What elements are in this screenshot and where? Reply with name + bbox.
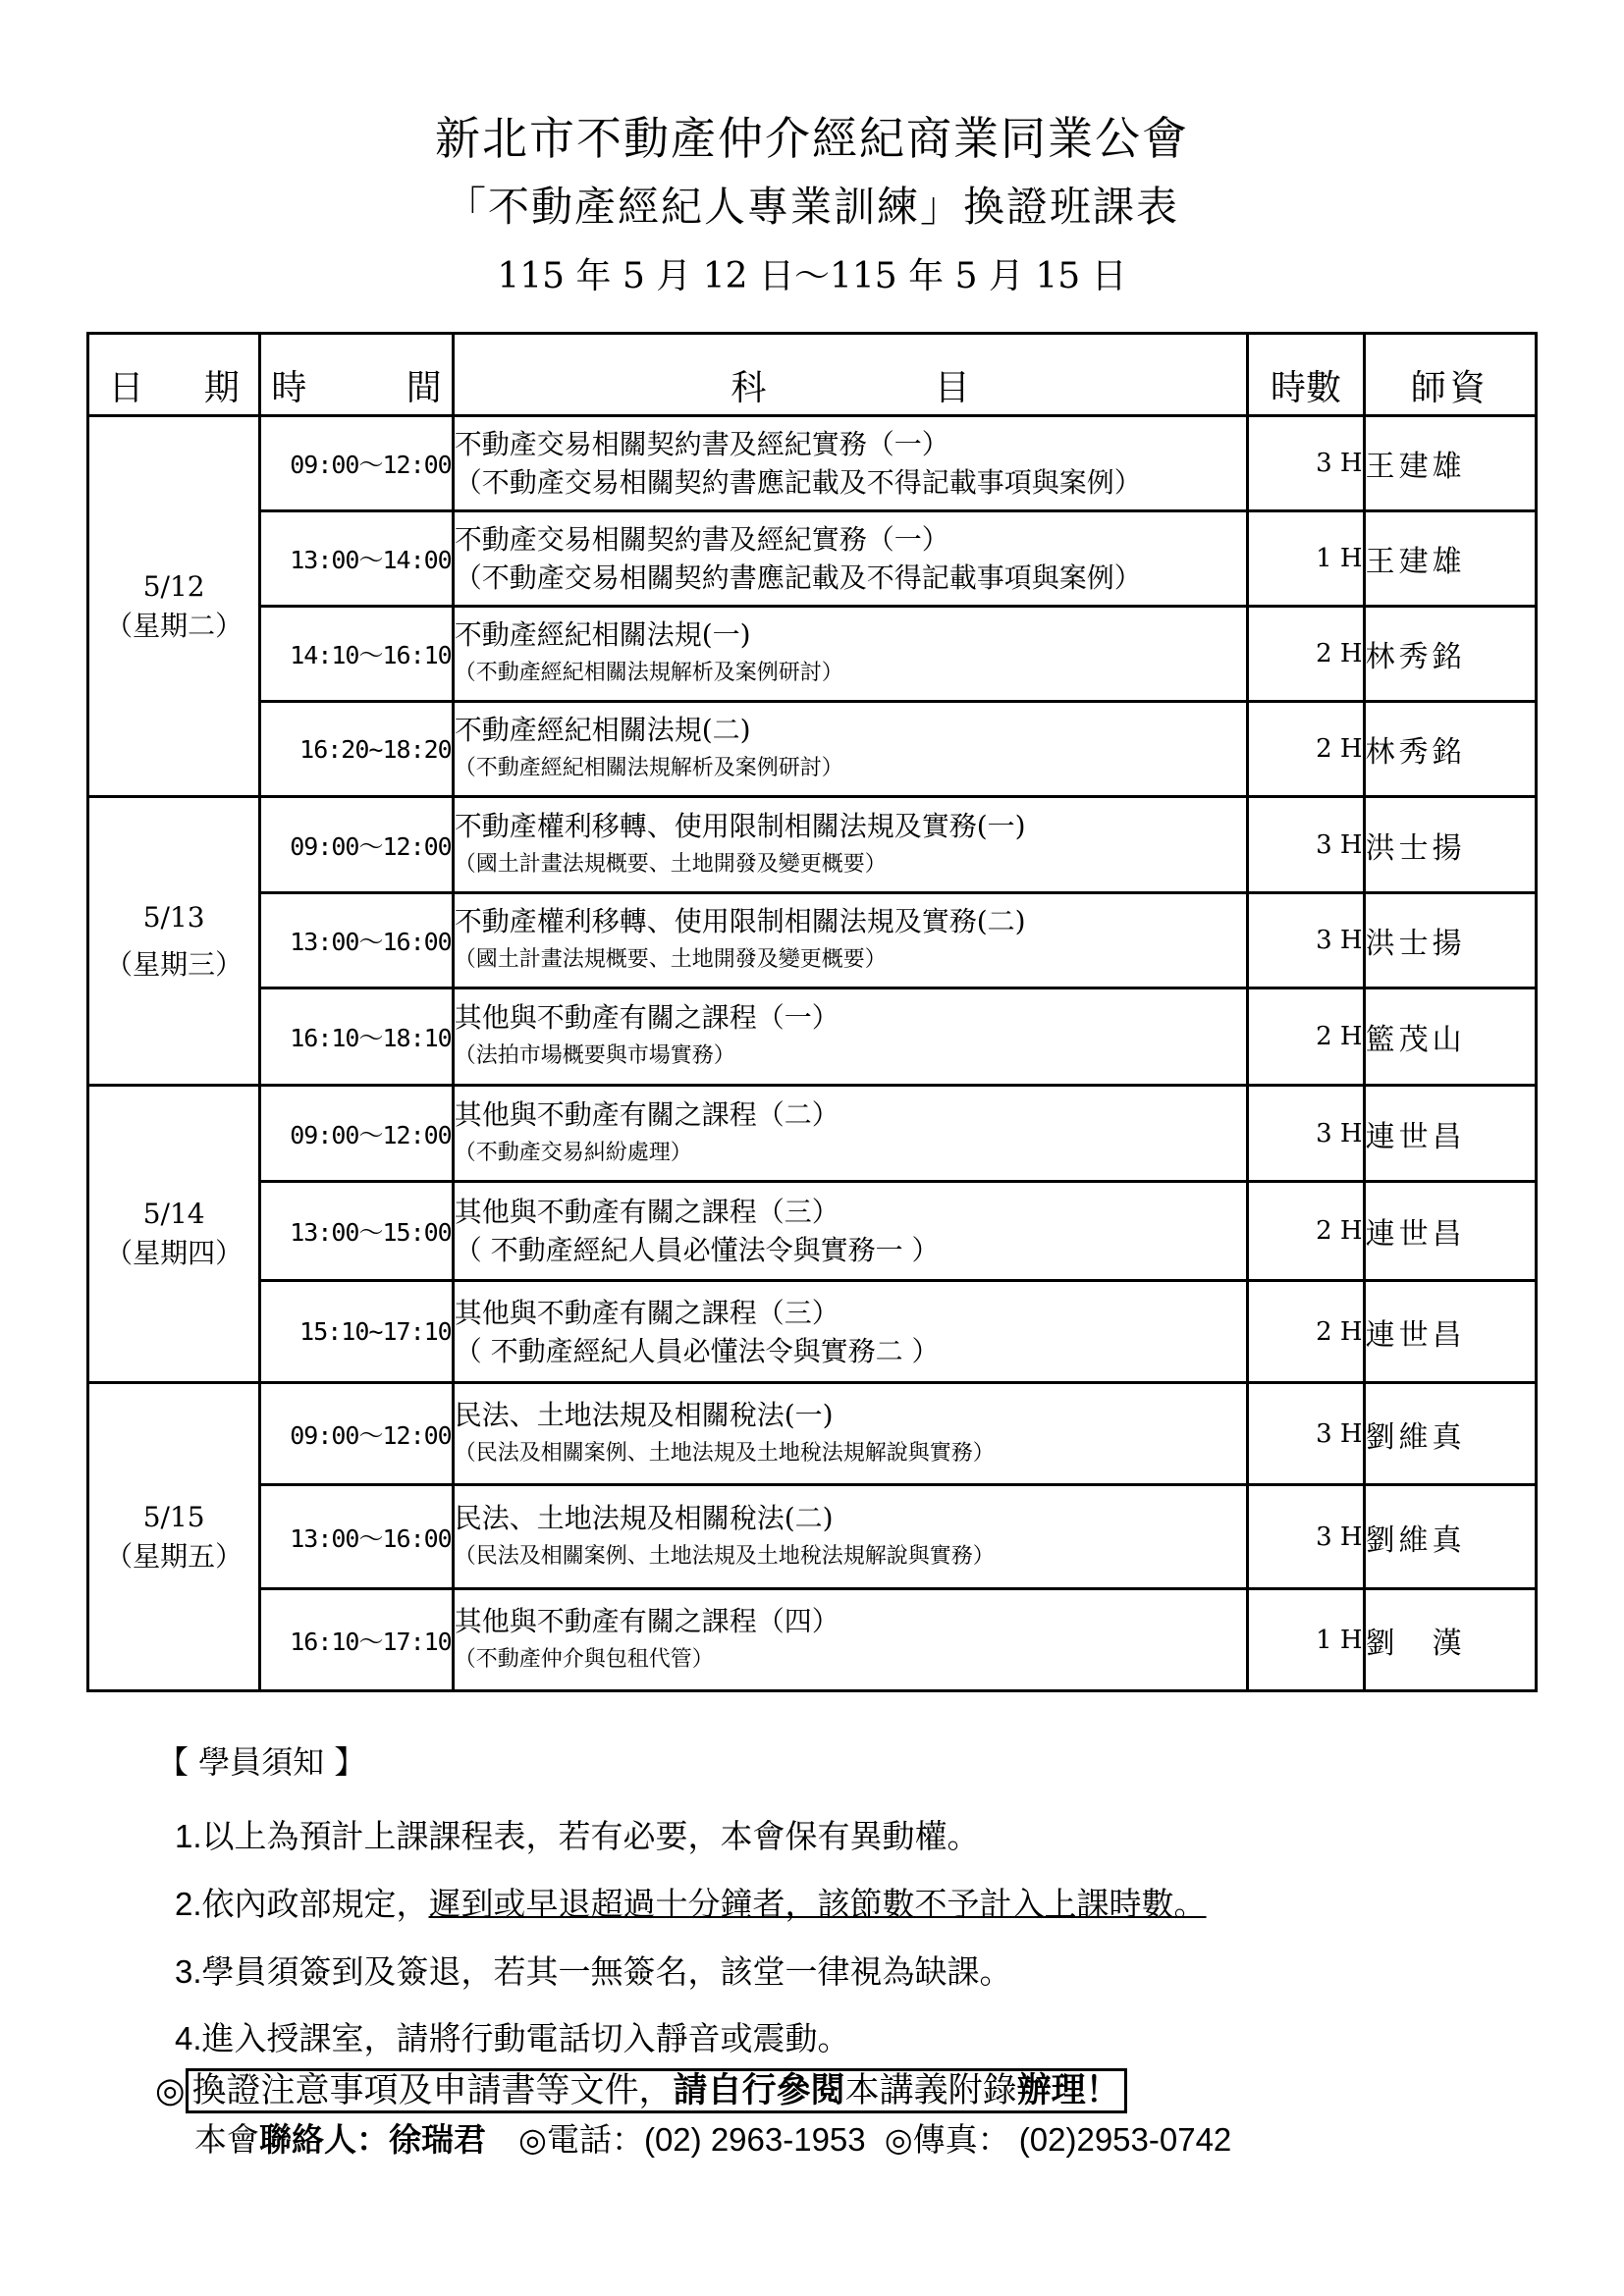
table-row: 13:00～16:00 不動產權利移轉、使用限制相關法規及實務(二) （國土計畫… xyxy=(88,893,1537,988)
subject-title: 其他與不動產有關之課程（一） xyxy=(455,998,1247,1038)
note-item-2-underlined: 遲到或早退超過十分鐘者，該節數不予計入上課時數。 xyxy=(429,1886,1207,1922)
table-row: 13:00～14:00 不動產交易相關契約書及經紀實務（一） （不動產交易相關契… xyxy=(88,511,1537,607)
hours-cell: 2 H xyxy=(1248,607,1364,702)
column-header-time: 時 間 xyxy=(260,334,453,416)
certificate-notice: ◎換證注意事項及申請書等文件，請自行參閱本講義附錄辦理！ xyxy=(155,2068,1127,2113)
subject-detail: （不動產經紀相關法規解析及案例研討） xyxy=(455,750,1247,787)
schedule-table: 日 期 時 間 科 目 時數 師資 5/12 （星期二） 09:00～12:00… xyxy=(86,332,1538,1692)
time-cell: 09:00～12:00 xyxy=(260,1086,453,1182)
column-header-instructor: 師資 xyxy=(1364,334,1536,416)
column-header-hours: 時數 xyxy=(1248,334,1364,416)
subject-title: 不動產交易相關契約書及經紀實務（一） xyxy=(455,425,1247,464)
time-cell: 15:10~17:10 xyxy=(260,1281,453,1383)
subject-title: 民法、土地法規及相關稅法(二) xyxy=(455,1499,1247,1538)
subject-title: 不動產經紀相關法規(一) xyxy=(455,615,1247,655)
date-range: 115 年 5 月 12 日～115 年 5 月 15 日 xyxy=(0,251,1624,302)
subject-title: 其他與不動產有關之課程（四） xyxy=(455,1602,1247,1641)
subject-cell: 其他與不動產有關之課程（三） （ 不動產經紀人員必懂法令與實務二 ） xyxy=(453,1281,1248,1383)
subject-title: 民法、土地法規及相關稅法(一) xyxy=(455,1396,1247,1435)
table-header-row: 日 期 時 間 科 目 時數 師資 xyxy=(88,334,1537,416)
weekday-label: （星期五） xyxy=(89,1537,258,1576)
hours-cell: 2 H xyxy=(1248,988,1364,1086)
subject-title: 其他與不動產有關之課程（三） xyxy=(455,1294,1247,1333)
instructor-cell: 林秀銘 xyxy=(1364,702,1536,797)
hours-cell: 2 H xyxy=(1248,1281,1364,1383)
instructor-cell: 洪士揚 xyxy=(1364,797,1536,893)
hours-cell: 1 H xyxy=(1248,511,1364,607)
subject-detail: （ 不動產經紀人員必懂法令與實務二 ） xyxy=(455,1333,1247,1370)
instructor-cell: 劉維真 xyxy=(1364,1485,1536,1589)
table-row: 16:20~18:20 不動產經紀相關法規(二) （不動產經紀相關法規解析及案例… xyxy=(88,702,1537,797)
time-cell: 09:00～12:00 xyxy=(260,797,453,893)
note-item-2-prefix: 2.依內政部規定， xyxy=(175,1886,429,1922)
notice-box: 換證注意事項及申請書等文件，請自行參閱本講義附錄辦理！ xyxy=(186,2068,1127,2113)
hours-cell: 2 H xyxy=(1248,702,1364,797)
date-cell: 5/12 （星期二） xyxy=(88,416,260,797)
subject-detail: （不動產經紀相關法規解析及案例研討） xyxy=(455,655,1247,692)
date-cell: 5/14 （星期四） xyxy=(88,1086,260,1383)
double-circle-icon: ◎ xyxy=(155,2071,186,2110)
instructor-cell: 劉 漢 xyxy=(1364,1589,1536,1691)
hours-cell: 3 H xyxy=(1248,1086,1364,1182)
subject-cell: 不動產經紀相關法規(二) （不動產經紀相關法規解析及案例研討） xyxy=(453,702,1248,797)
time-cell: 13:00～15:00 xyxy=(260,1182,453,1281)
hours-cell: 3 H xyxy=(1248,1383,1364,1485)
note-item-4: 4.進入授課室，請將行動電話切入靜音或震動。 xyxy=(175,2017,850,2060)
column-header-date: 日 期 xyxy=(88,334,260,416)
subject-title: 不動產交易相關契約書及經紀實務（一） xyxy=(455,520,1247,560)
subject-cell: 不動產經紀相關法規(一) （不動產經紀相關法規解析及案例研討） xyxy=(453,607,1248,702)
subject-detail: （國土計畫法規概要、土地開發及變更概要） xyxy=(455,846,1247,883)
time-cell: 14:10～16:10 xyxy=(260,607,453,702)
table-row: 16:10～17:10 其他與不動產有關之課程（四） （不動產仲介與包租代管） … xyxy=(88,1589,1537,1691)
notes-heading: 【 學員須知 】 xyxy=(157,1737,365,1783)
hours-cell: 3 H xyxy=(1248,416,1364,511)
org-title: 新北市不動產仲介經紀商業同業公會 xyxy=(0,110,1624,167)
time-cell: 13:00～16:00 xyxy=(260,1485,453,1589)
time-cell: 13:00～16:00 xyxy=(260,893,453,988)
weekday-label: （星期四） xyxy=(89,1234,258,1273)
date-label: 5/13 xyxy=(89,898,258,937)
date-label: 5/15 xyxy=(89,1498,258,1537)
subject-title: 其他與不動產有關之課程（二） xyxy=(455,1095,1247,1135)
table-row: 15:10~17:10 其他與不動產有關之課程（三） （ 不動產經紀人員必懂法令… xyxy=(88,1281,1537,1383)
time-cell: 16:10～18:10 xyxy=(260,988,453,1086)
contact-line: 本會聯絡人：徐瑞君 ◎電話：(02) 2963-1953 ◎傳真： (02)29… xyxy=(194,2117,1231,2163)
time-cell: 13:00～14:00 xyxy=(260,511,453,607)
date-label: 5/14 xyxy=(89,1195,258,1234)
time-cell: 16:20~18:20 xyxy=(260,702,453,797)
column-header-subject: 科 目 xyxy=(453,334,1248,416)
subject-detail: （國土計畫法規概要、土地開發及變更概要） xyxy=(455,941,1247,979)
subject-detail: （民法及相關案例、土地法規及土地稅法規解說與實務） xyxy=(455,1538,1247,1575)
time-cell: 16:10～17:10 xyxy=(260,1589,453,1691)
contact-person: 聯絡人：徐瑞君 xyxy=(259,2121,486,2158)
hours-cell: 1 H xyxy=(1248,1589,1364,1691)
contact-prefix: 本會 xyxy=(194,2121,259,2158)
time-cell: 09:00～12:00 xyxy=(260,1383,453,1485)
table-row: 13:00～16:00 民法、土地法規及相關稅法(二) （民法及相關案例、土地法… xyxy=(88,1485,1537,1589)
instructor-cell: 連世昌 xyxy=(1364,1182,1536,1281)
subject-detail: （不動產仲介與包租代管） xyxy=(455,1641,1247,1679)
subject-cell: 其他與不動產有關之課程（一） （法拍市場概要與市場實務） xyxy=(453,988,1248,1086)
subject-cell: 不動產交易相關契約書及經紀實務（一） （不動產交易相關契約書應記載及不得記載事項… xyxy=(453,416,1248,511)
note-item-2: 2.依內政部規定，遲到或早退超過十分鐘者，該節數不予計入上課時數。 xyxy=(175,1883,1207,1926)
subject-detail: （ 不動產經紀人員必懂法令與實務一 ） xyxy=(455,1232,1247,1269)
weekday-label: （星期三） xyxy=(89,945,258,985)
instructor-cell: 連世昌 xyxy=(1364,1086,1536,1182)
subject-cell: 民法、土地法規及相關稅法(二) （民法及相關案例、土地法規及土地稅法規解說與實務… xyxy=(453,1485,1248,1589)
subject-title: 其他與不動產有關之課程（三） xyxy=(455,1193,1247,1232)
instructor-cell: 連世昌 xyxy=(1364,1281,1536,1383)
subject-cell: 其他與不動產有關之課程（三） （ 不動產經紀人員必懂法令與實務一 ） xyxy=(453,1182,1248,1281)
subject-cell: 民法、土地法規及相關稅法(一) （民法及相關案例、土地法規及土地稅法規解說與實務… xyxy=(453,1383,1248,1485)
hours-cell: 3 H xyxy=(1248,893,1364,988)
course-title: 「不動產經紀人專業訓練」換證班課表 xyxy=(0,180,1624,235)
table-row: 14:10～16:10 不動產經紀相關法規(一) （不動產經紀相關法規解析及案例… xyxy=(88,607,1537,702)
table-row: 5/14 （星期四） 09:00～12:00 其他與不動產有關之課程（二） （不… xyxy=(88,1086,1537,1182)
date-cell: 5/15 （星期五） xyxy=(88,1383,260,1691)
subject-title: 不動產權利移轉、使用限制相關法規及實務(二) xyxy=(455,902,1247,941)
subject-title: 不動產權利移轉、使用限制相關法規及實務(一) xyxy=(455,807,1247,846)
table-row: 5/12 （星期二） 09:00～12:00 不動產交易相關契約書及經紀實務（一… xyxy=(88,416,1537,511)
subject-cell: 不動產權利移轉、使用限制相關法規及實務(一) （國土計畫法規概要、土地開發及變更… xyxy=(453,797,1248,893)
hours-cell: 2 H xyxy=(1248,1182,1364,1281)
subject-detail: （法拍市場概要與市場實務） xyxy=(455,1038,1247,1075)
subject-detail: （不動產交易糾紛處理） xyxy=(455,1135,1247,1172)
date-label: 5/12 xyxy=(89,567,258,607)
contact-phone: ◎電話：(02) 2963-1953 xyxy=(518,2121,865,2158)
subject-detail: （不動產交易相關契約書應記載及不得記載事項與案例） xyxy=(455,464,1247,502)
subject-cell: 其他與不動產有關之課程（四） （不動產仲介與包租代管） xyxy=(453,1589,1248,1691)
note-item-3: 3.學員須簽到及簽退，若其一無簽名，該堂一律視為缺課。 xyxy=(175,1950,1012,1994)
hours-cell: 3 H xyxy=(1248,1485,1364,1589)
instructor-cell: 籃茂山 xyxy=(1364,988,1536,1086)
subject-cell: 不動產權利移轉、使用限制相關法規及實務(二) （國土計畫法規概要、土地開發及變更… xyxy=(453,893,1248,988)
subject-detail: （民法及相關案例、土地法規及土地稅法規解說與實務） xyxy=(455,1435,1247,1472)
instructor-cell: 劉維真 xyxy=(1364,1383,1536,1485)
subject-title: 不動產經紀相關法規(二) xyxy=(455,711,1247,750)
subject-detail: （不動產交易相關契約書應記載及不得記載事項與案例） xyxy=(455,560,1247,597)
table-row: 13:00～15:00 其他與不動產有關之課程（三） （ 不動產經紀人員必懂法令… xyxy=(88,1182,1537,1281)
time-cell: 09:00～12:00 xyxy=(260,416,453,511)
weekday-label: （星期二） xyxy=(89,607,258,646)
table-row: 16:10～18:10 其他與不動產有關之課程（一） （法拍市場概要與市場實務）… xyxy=(88,988,1537,1086)
instructor-cell: 洪士揚 xyxy=(1364,893,1536,988)
subject-cell: 其他與不動產有關之課程（二） （不動產交易糾紛處理） xyxy=(453,1086,1248,1182)
instructor-cell: 王建雄 xyxy=(1364,416,1536,511)
contact-fax: ◎傳真： (02)2953-0742 xyxy=(885,2121,1231,2158)
note-item-1: 1.以上為預計上課課程表，若有必要，本會保有異動權。 xyxy=(175,1815,980,1858)
table-row: 5/15 （星期五） 09:00～12:00 民法、土地法規及相關稅法(一) （… xyxy=(88,1383,1537,1485)
subject-cell: 不動產交易相關契約書及經紀實務（一） （不動產交易相關契約書應記載及不得記載事項… xyxy=(453,511,1248,607)
date-cell: 5/13 （星期三） xyxy=(88,797,260,1086)
table-row: 5/13 （星期三） 09:00～12:00 不動產權利移轉、使用限制相關法規及… xyxy=(88,797,1537,893)
instructor-cell: 王建雄 xyxy=(1364,511,1536,607)
instructor-cell: 林秀銘 xyxy=(1364,607,1536,702)
hours-cell: 3 H xyxy=(1248,797,1364,893)
